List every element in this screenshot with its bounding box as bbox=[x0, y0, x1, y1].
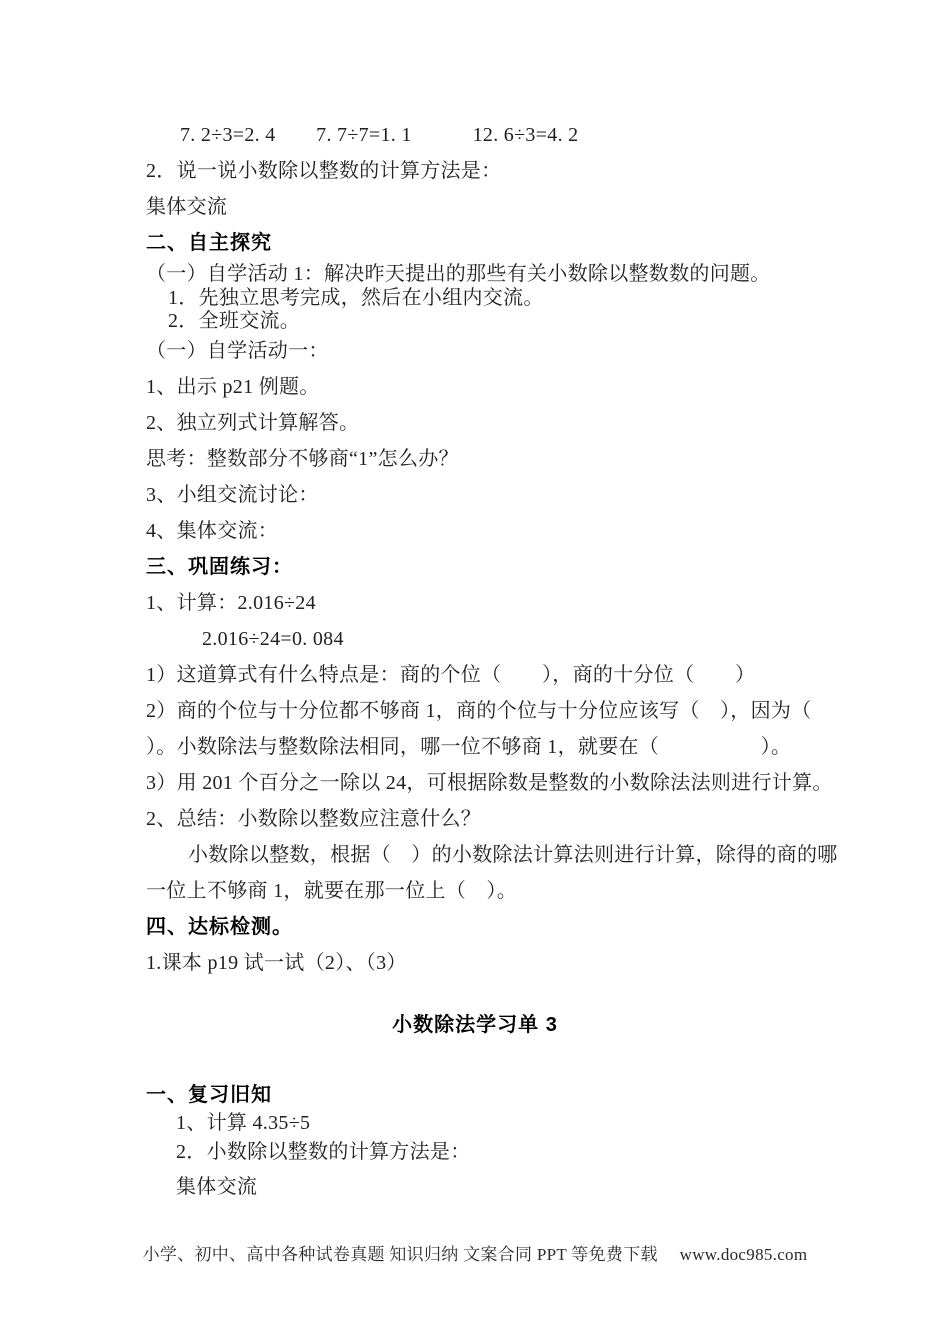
explore-step1: 1．先独立思考完成，然后在小组内交流。 bbox=[146, 287, 838, 310]
heading-self-exploration: 二、自主探究 bbox=[146, 225, 838, 261]
explore-activity1-title: （一）自学活动一： bbox=[146, 333, 838, 369]
review3-method-question: 2．小数除以整数的计算方法是： bbox=[146, 1135, 838, 1169]
practice-summary-line1: 小数除以整数，根据（ ）的小数除法计算法则进行计算，除得的商的哪 bbox=[146, 837, 838, 873]
practice-summary-line2: 一位上不够商 1，就要在那一位上（ ）。 bbox=[146, 873, 838, 909]
explore-activity1-intro: （一）自学活动 1：解决昨天提出的那些有关小数除以整数数的问题。 bbox=[146, 261, 838, 287]
explore-task-collective: 4、集体交流： bbox=[146, 513, 838, 549]
document-page: 7. 2÷3=2. 4 7. 7÷7=1. 1 12. 6÷3=4. 2 2．说… bbox=[0, 0, 950, 1344]
review-method-question: 2．说一说小数除以整数的计算方法是： bbox=[146, 153, 838, 189]
explore-task-group-discuss: 3、小组交流讨论： bbox=[146, 477, 838, 513]
document-body: 7. 2÷3=2. 4 7. 7÷7=1. 1 12. 6÷3=4. 2 2．说… bbox=[146, 117, 838, 1205]
review-collective-note: 集体交流 bbox=[146, 189, 838, 225]
review-equations: 7. 2÷3=2. 4 7. 7÷7=1. 1 12. 6÷3=4. 2 bbox=[146, 117, 838, 153]
footer-watermark: 小学、初中、高中各种试卷真题 知识归纳 文案合同 PPT 等免费下载 www.d… bbox=[0, 1244, 950, 1266]
practice-calc-answer: 2.016÷24=0. 084 bbox=[146, 621, 838, 657]
practice-calc: 1、计算：2.016÷24 bbox=[146, 585, 838, 621]
heading-review-old-knowledge: 一、复习旧知 bbox=[146, 1078, 838, 1112]
practice-question-2-line2: ）。小数除法与整数除法相同，哪一位不够商 1，就要在（ ）。 bbox=[146, 729, 838, 765]
practice-summary-question: 2、总结：小数除以整数应注意什么？ bbox=[146, 801, 838, 837]
practice-question-2-line1: 2）商的个位与十分位都不够商 1，商的个位与十分位应该写（ ），因为（ bbox=[146, 693, 838, 729]
review3-calc: 1、计算 4.35÷5 bbox=[146, 1112, 838, 1135]
explore-think-question: 思考：整数部分不够商“1”怎么办？ bbox=[146, 441, 838, 477]
explore-task-solve: 2、独立列式计算解答。 bbox=[146, 405, 838, 441]
explore-task-show-example: 1、出示 p21 例题。 bbox=[146, 369, 838, 405]
heading-assessment: 四、达标检测。 bbox=[146, 909, 838, 945]
practice-question-3: 3）用 201 个百分之一除以 24，可根据除数是整数的小数除法法则进行计算。 bbox=[146, 765, 838, 801]
assessment-item: 1.课本 p19 试一试（2）、（3） bbox=[146, 945, 838, 981]
heading-practice: 三、巩固练习： bbox=[146, 549, 838, 585]
practice-question-1: 1）这道算式有什么特点是：商的个位（ ），商的十分位（ ） bbox=[146, 657, 838, 693]
review3-collective-note: 集体交流 bbox=[146, 1169, 838, 1205]
worksheet3-title: 小数除法学习单 3 bbox=[146, 1007, 804, 1043]
explore-step2: 2．全班交流。 bbox=[146, 310, 838, 333]
